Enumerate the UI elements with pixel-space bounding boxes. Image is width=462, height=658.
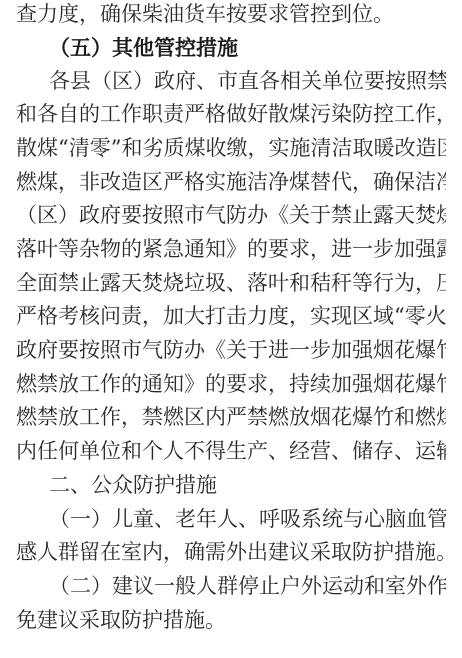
paragraph-line: 燃禁放工作的通知》的要求，持续加强烟花爆竹和燃煤旺火禁 [16,371,446,397]
paragraph-line: （二）建议一般人群停止户外运动和室外作业，如不可避 [49,573,446,599]
paragraph-line: 散煤“清零”和劣质煤收缴，实施清洁取暖改造区域内禁止使用 [16,135,446,161]
paragraph-line: 查力度，确保柴油货车按要求管控到位。 [16,1,446,27]
paragraph-line: 各县（区）政府、市直各相关单位要按照禁煤区管控要求 [49,68,446,94]
paragraph-line: 全面禁止露天焚烧垃圾、落叶和秸秆等行为，压实管理责任， [16,270,446,296]
paragraph-line: 免建议采取防护措施。 [16,607,446,633]
section-heading-public-protection: 二、公众防护措施 [49,472,446,498]
paragraph-line: 和各自的工作职责严格做好散煤污染防控工作，确保禁煤区内 [16,101,446,127]
paragraph-line: 落叶等杂物的紧急通知》的要求，进一步加强露天焚烧管控， [16,236,446,262]
paragraph-line: （区）政府要按照市气防办《关于禁止露天焚烧秸秆、垃圾、 [16,202,446,228]
paragraph-line: 严格考核问责，加大打击力度，实现区域“零火点”。各县（区） [16,303,446,329]
section-heading-other-measures: （五）其他管控措施 [49,35,446,61]
document-page: 查力度，确保柴油货车按要求管控到位。 （五）其他管控措施 各县（区）政府、市直各… [0,0,462,658]
paragraph-line: 燃禁放工作，禁燃区内严禁燃放烟花爆竹和燃煤旺火，禁燃区 [16,404,446,430]
paragraph-line: 内任何单位和个人不得生产、经营、储存、运输烟花爆竹。 [16,438,446,464]
paragraph-line: 政府要按照市气防办《关于进一步加强烟花爆竹和燃煤旺火禁 [16,337,446,363]
paragraph-line: 燃煤，非改造区严格实施洁净煤替代，确保洁净煤供应。各县 [16,169,446,195]
paragraph-line: （一）儿童、老年人、呼吸系统与心脑血管疾病患者等易 [49,506,446,532]
paragraph-line: 感人群留在室内，确需外出建议采取防护措施。 [16,539,446,565]
